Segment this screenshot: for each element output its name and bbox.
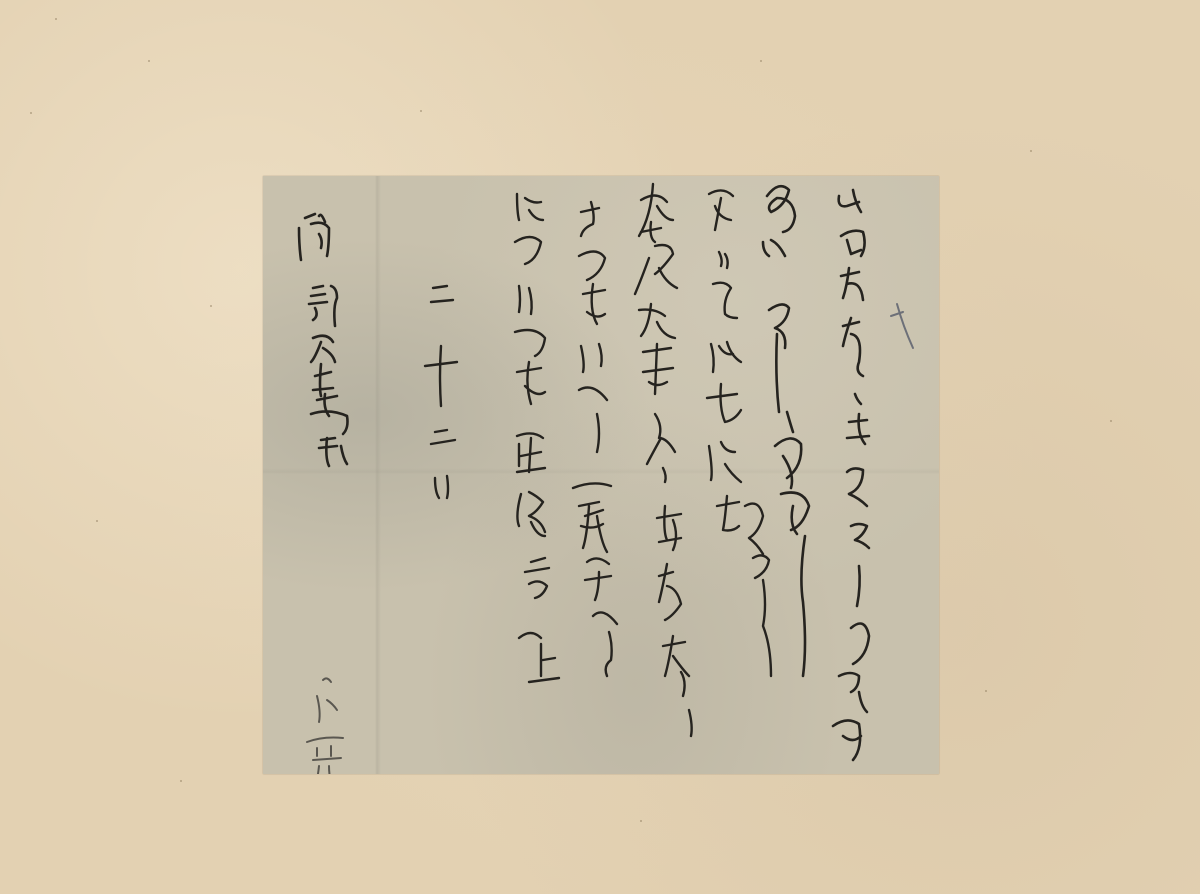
letter-paper: はる者(は)きいきてきしり申候 めでたく候しおはてや 見にて候も候ぬあらいり 大… [263, 176, 939, 774]
mount-speck [420, 110, 422, 112]
column-2-strokes [763, 186, 809, 676]
mount-speck [640, 820, 642, 822]
column-6-strokes [515, 194, 559, 682]
date-strokes [425, 286, 457, 498]
mount-speck [180, 780, 182, 782]
column-4-strokes [635, 184, 692, 736]
mount-speck [210, 305, 212, 307]
mount-speck [760, 60, 762, 62]
mount-speck [148, 60, 150, 62]
mount-speck [55, 18, 57, 20]
address-strokes [299, 214, 348, 466]
mount-speck [985, 690, 987, 692]
calligraphy-strokes [263, 176, 939, 774]
pencil-mark [891, 304, 913, 348]
mount-speck [1030, 150, 1032, 152]
column-1-strokes [833, 190, 869, 760]
mount-speck [1110, 420, 1112, 422]
column-5-strokes [573, 202, 617, 676]
mount-speck [96, 520, 98, 522]
signature-strokes [307, 678, 351, 774]
column-3-strokes [707, 190, 771, 676]
mount-speck [30, 112, 32, 114]
